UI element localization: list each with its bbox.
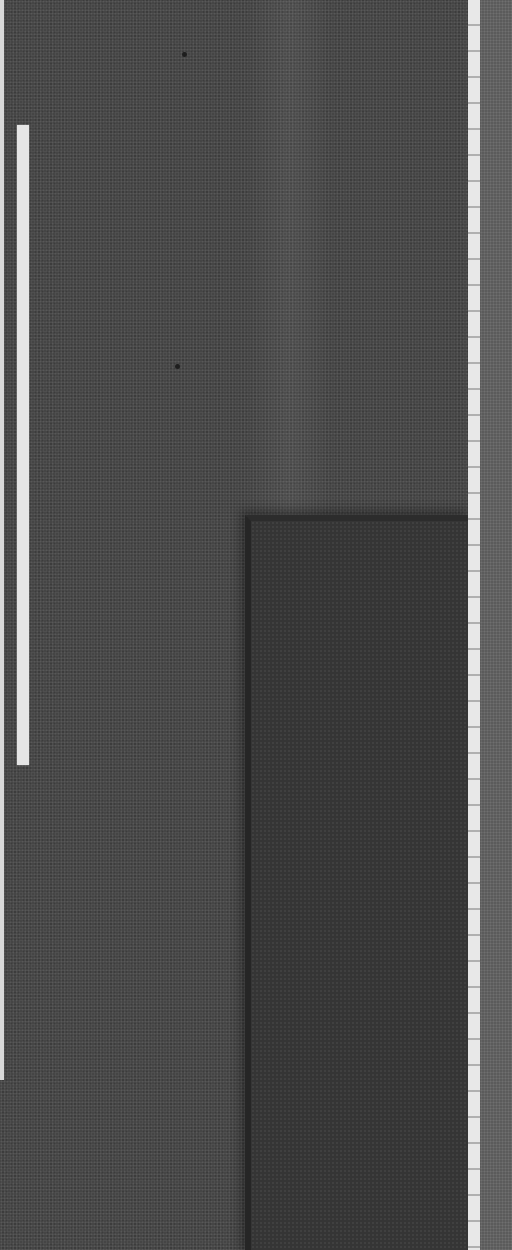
left-lane-marking: [17, 125, 29, 765]
road-speck: [175, 364, 180, 369]
left-edge-line: [0, 0, 4, 1080]
asphalt-repair-patch: [245, 515, 471, 1250]
road-speck: [182, 52, 187, 57]
road-surface: [0, 0, 512, 1250]
right-shoulder: [480, 0, 512, 1250]
right-lane-marking: [468, 0, 480, 1250]
